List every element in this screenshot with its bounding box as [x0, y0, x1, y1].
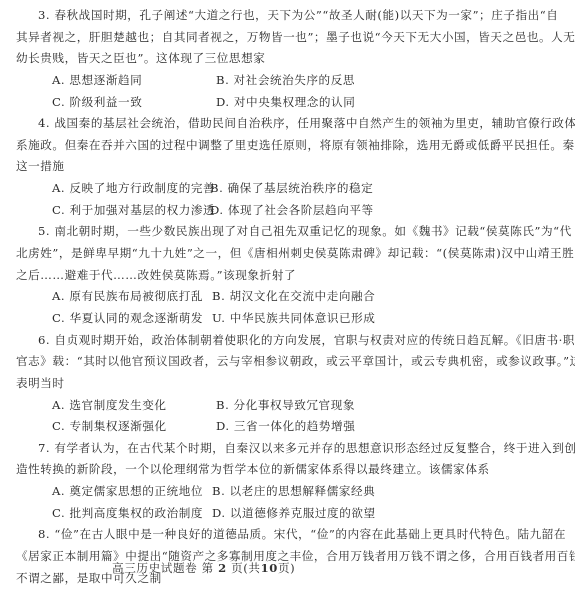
question-5-option-d: U. 中华民族共同体意识已形成: [212, 308, 375, 330]
question-3-option-d: D. 对中央集权理念的认同: [216, 92, 355, 114]
question-4-options-row-1: A. 反映了地方行政制度的完善 B. 确保了基层统治秩序的稳定: [0, 178, 575, 200]
question-3-stem-line-2: 其异者视之，肝胆楚越也；自其同者视之，万物皆一也”；墨子也说“今天下无大小国，皆…: [0, 27, 575, 49]
question-7-option-b: B. 以老庄的思想解释儒家经典: [212, 481, 375, 503]
question-3-stem-line-3: 幼长贵贱，皆天之臣也”。这体现了三位思想家: [0, 48, 575, 70]
question-7-option-d: D. 以道德修养克服过度的欲望: [212, 503, 376, 525]
question-5-options-row-2: C. 华夏认同的观念逐渐萌发 U. 中华民族共同体意识已形成: [0, 308, 575, 330]
question-4-option-d: D. 体现了社会各阶层趋向平等: [210, 200, 374, 222]
question-7-options-row-2: C. 批判高度集权的政治制度 D. 以道德修养克服过度的欲望: [0, 503, 575, 525]
question-4-option-b: B. 确保了基层统治秩序的稳定: [210, 178, 373, 200]
question-7-stem-line-2: 造性转换的新阶段，一个以伦理纲常为哲学本位的新儒家体系得以最终建立。该儒家体系: [0, 459, 575, 481]
question-6-stem-line-2: 官志》载：“其时以他官预议国政者，云与宰相参议朝政，或云平章国计，或云专典机密，…: [0, 351, 575, 373]
question-8: 8. “俭”在古人眼中是一种良好的道德品质。宋代，“俭”的内容在此基础上更具时代…: [0, 524, 575, 589]
exam-page: 3. 春秋战国时期，孔子阐述“大道之行也，天下为公”“故圣人耐(能)以天下为一家…: [0, 5, 575, 589]
question-5-stem-line-2: 北虏姓”，是鲜卑早期“九十九姓”之一，但《唐相州刺史侯莫陈肃碑》却记载：“(侯莫…: [0, 243, 575, 265]
question-3-options-row-2: C. 阶级利益一致 D. 对中央集权理念的认同: [0, 92, 575, 114]
question-4-options-row-2: C. 利于加强对基层的权力渗透 D. 体现了社会各阶层趋向平等: [0, 200, 575, 222]
question-3-option-c: C. 阶级利益一致: [52, 92, 142, 114]
question-7-stem-line-1: 7. 有学者认为，在古代某个时期，自秦汉以来多元并存的思想意识形态经过反复整合，…: [0, 438, 575, 460]
footer-prefix: 高三历史试题卷 第: [112, 561, 214, 575]
footer-page-number: 2: [218, 561, 227, 575]
question-5-stem-line-1: 5. 南北朝时期，一些少数民族出现了对自己祖先双重记忆的现象。如《魏书》记载“侯…: [0, 221, 575, 243]
question-6-stem-line-1: 6. 自贞观时期开始，政治体制朝着使职化的方向发展，官职与权责对应的传统日趋瓦解…: [0, 330, 575, 352]
question-7-option-a: A. 奠定儒家思想的正统地位: [52, 481, 203, 503]
question-4-option-c: C. 利于加强对基层的权力渗透: [52, 200, 215, 222]
question-6-options-row-2: C. 专制集权逐渐强化 D. 三省一体化的趋势增强: [0, 416, 575, 438]
question-3-stem-line-1: 3. 春秋战国时期，孔子阐述“大道之行也，天下为公”“故圣人耐(能)以天下为一家…: [0, 5, 575, 27]
question-6-option-d: D. 三省一体化的趋势增强: [216, 416, 355, 438]
question-4: 4. 战国秦的基层社会统治，借助民间自治秩序，任用聚落中自然产生的领袖为里吏，辅…: [0, 113, 575, 221]
question-7-option-c: C. 批判高度集权的政治制度: [52, 503, 203, 525]
page-footer: 高三历史试题卷 第 2 页(共10页): [112, 560, 295, 576]
question-3-option-b: B. 对社会统治失序的反思: [216, 70, 355, 92]
question-4-stem-line-1: 4. 战国秦的基层社会统治，借助民间自治秩序，任用聚落中自然产生的领袖为里吏，辅…: [0, 113, 575, 135]
question-6-option-a: A. 选官制度发生变化: [52, 395, 167, 417]
question-8-stem-line-1: 8. “俭”在古人眼中是一种良好的道德品质。宋代，“俭”的内容在此基础上更具时代…: [0, 524, 575, 546]
question-7: 7. 有学者认为，在古代某个时期，自秦汉以来多元并存的思想意识形态经过反复整合，…: [0, 438, 575, 525]
question-4-option-a: A. 反映了地方行政制度的完善: [52, 178, 215, 200]
question-3-options-row-1: A. 思想逐渐趋同 B. 对社会统治失序的反思: [0, 70, 575, 92]
question-4-stem-line-3: 这一措施: [0, 156, 575, 178]
question-6-stem-line-3: 表明当时: [0, 373, 575, 395]
question-7-options-row-1: A. 奠定儒家思想的正统地位 B. 以老庄的思想解释儒家经典: [0, 481, 575, 503]
question-4-stem-line-2: 系施政。但秦在吞并六国的过程中调整了里吏选任原则，将原有领袖排除，选用无爵或低爵…: [0, 135, 575, 157]
question-6-option-b: B. 分化事权导致冗官现象: [216, 395, 355, 417]
footer-total-pages: 10: [261, 561, 278, 575]
question-5-options-row-1: A. 原有民族布局被彻底打乱 B. 胡汉文化在交流中走向融合: [0, 286, 575, 308]
question-6-options-row-1: A. 选官制度发生变化 B. 分化事权导致冗官现象: [0, 395, 575, 417]
question-3-option-a: A. 思想逐渐趋同: [52, 70, 142, 92]
question-5-option-c: C. 华夏认同的观念逐渐萌发: [52, 308, 203, 330]
question-6-option-c: C. 专制集权逐渐强化: [52, 416, 167, 438]
question-3: 3. 春秋战国时期，孔子阐述“大道之行也，天下为公”“故圣人耐(能)以天下为一家…: [0, 5, 575, 113]
question-5-option-b: B. 胡汉文化在交流中走向融合: [212, 286, 375, 308]
footer-suffix: 页): [278, 561, 295, 575]
question-5: 5. 南北朝时期，一些少数民族出现了对自己祖先双重记忆的现象。如《魏书》记载“侯…: [0, 221, 575, 329]
question-6: 6. 自贞观时期开始，政治体制朝着使职化的方向发展，官职与权责对应的传统日趋瓦解…: [0, 330, 575, 438]
footer-middle: 页(共: [231, 561, 261, 575]
question-5-stem-line-3: 之后……避难于代……改姓侯莫陈焉。”该现象折射了: [0, 265, 575, 287]
question-5-option-a: A. 原有民族布局被彻底打乱: [52, 286, 203, 308]
